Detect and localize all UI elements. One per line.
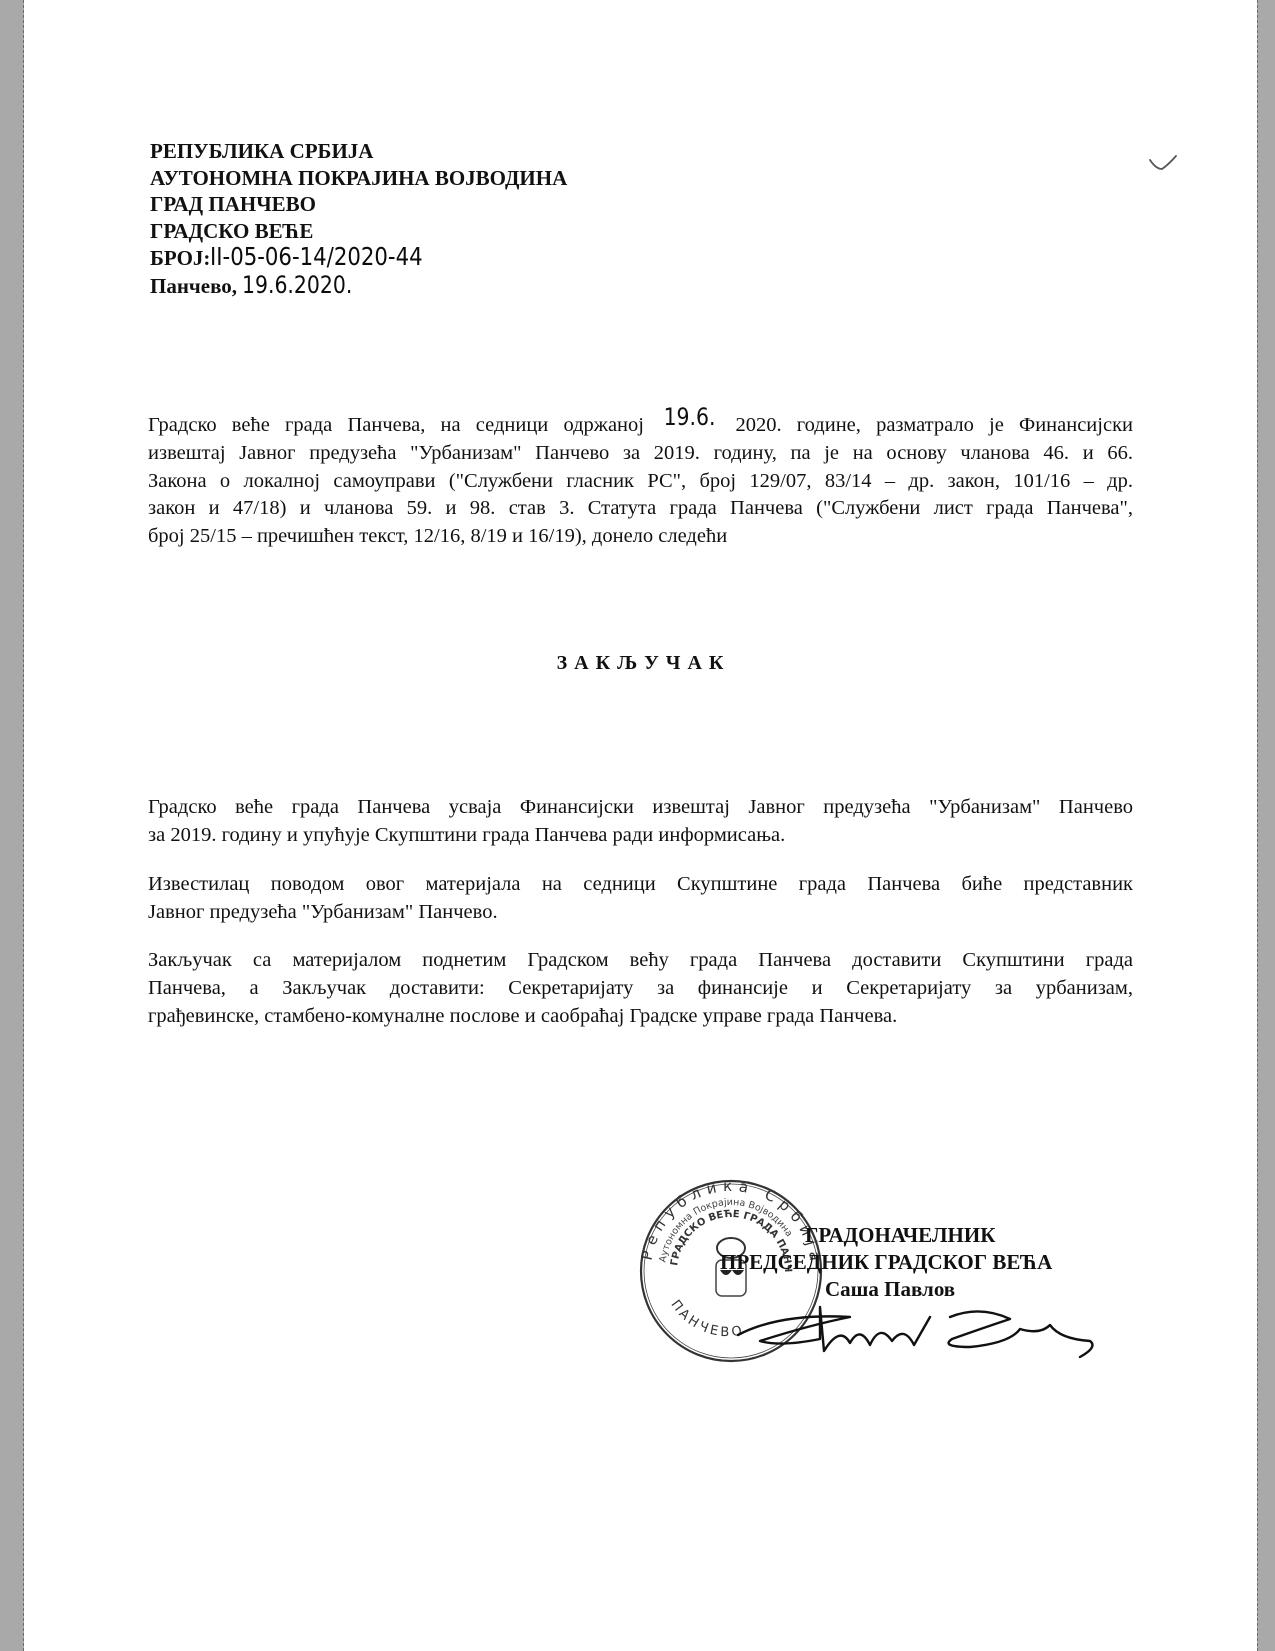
- document-place-date: Панчево, 19.6.2020.: [150, 272, 567, 300]
- intro-line-4: закон и 47/18) и чланова 59. и 98. став …: [148, 495, 1133, 523]
- signature-block: ГРАДОНАЧЕЛНИК ПРЕДСЕДНИК ГРАДСКОГ ВЕЋА С…: [720, 1222, 1100, 1303]
- conclusion-paragraph-3: Закључак са материјалом поднетим Градско…: [148, 947, 1133, 1030]
- scan-border-right: [1257, 0, 1275, 1651]
- header-republic: РЕПУБЛИКА СРБИЈА: [150, 138, 567, 165]
- session-date-handwritten: 19.6.: [664, 404, 716, 432]
- intro-paragraph: Градско веће града Панчева, на седници о…: [148, 410, 1133, 551]
- header-council: ГРАДСКО ВЕЋЕ: [150, 218, 567, 245]
- signatory-title-council-president: ПРЕДСЕДНИК ГРАДСКОГ ВЕЋА: [720, 1249, 1100, 1276]
- scan-border-left: [0, 0, 24, 1651]
- signatory-title-mayor: ГРАДОНАЧЕЛНИК: [720, 1222, 1100, 1249]
- document-header: РЕПУБЛИКА СРБИЈА АУТОНОМНА ПОКРАЈИНА ВОЈ…: [150, 138, 567, 299]
- intro-line-1: Градско веће града Панчева, на седници о…: [148, 410, 1133, 440]
- document-number-label: БРОЈ:: [150, 246, 210, 270]
- conclusion-paragraph-2: Известилац поводом овог материјала на се…: [148, 871, 1133, 927]
- document-number-value: II-05-06-14/2020-44: [210, 244, 423, 271]
- checkmark-icon: [1148, 155, 1180, 175]
- intro-line-3: Закона о локалној самоуправи ("Службени …: [148, 468, 1133, 496]
- document-number: БРОЈ:II-05-06-14/2020-44: [150, 244, 567, 272]
- handwritten-signature-icon: [720, 1295, 1100, 1365]
- place-label: Панчево,: [150, 274, 237, 298]
- date-value: 19.6.2020.: [242, 272, 352, 299]
- document-title: ЗАКЉУЧАК: [0, 652, 1275, 675]
- intro-line-2: извештај Јавног предузећа "Урбанизам" Па…: [148, 440, 1133, 468]
- header-province: АУТОНОМНА ПОКРАЈИНА ВОЈВОДИНА: [150, 165, 567, 192]
- intro-line-5: број 25/15 – пречишћен текст, 12/16, 8/1…: [148, 523, 1133, 551]
- header-city: ГРАД ПАНЧЕВО: [150, 191, 567, 218]
- conclusion-paragraph-1: Градско веће града Панчева усваја Финанс…: [148, 794, 1133, 850]
